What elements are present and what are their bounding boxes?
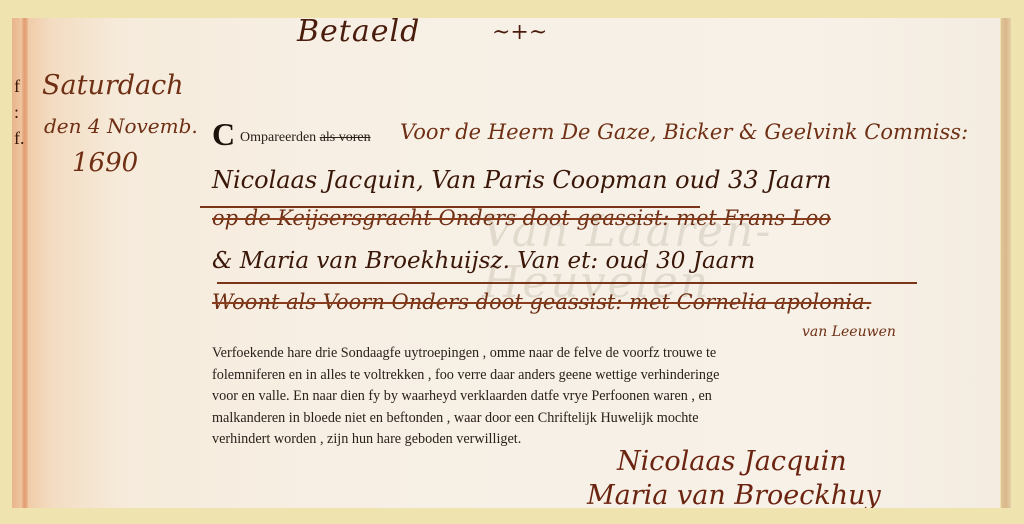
handwritten-line-1: Voor de Heern De Gaze, Bicker & Geelvink…	[400, 120, 968, 144]
divider-rule	[217, 282, 917, 284]
handwritten-line-2: Nicolaas Jacquin, Van Paris Coopman oud …	[212, 166, 831, 194]
signature-groom: Nicolaas Jacquin	[617, 446, 847, 477]
left-edge-marks: f : f.	[14, 73, 25, 151]
header-mark: ~+~	[492, 20, 547, 45]
printed-line: folemniferen en in alles te voltrekken ,…	[212, 365, 782, 387]
printed-initial: C	[212, 116, 235, 153]
margin-day: Saturdach	[42, 70, 184, 101]
document-page: Van Laaren-Heuvelen Betaeld ~+~ f : f. S…	[12, 18, 1000, 508]
printed-struck-text: als voren	[320, 130, 371, 145]
printed-line: malkanderen in bloede niet en beftonden …	[212, 408, 782, 430]
signature-bride: Maria van Broeckhuy	[587, 480, 881, 508]
printed-line: Verfoekende hare drie Sondaagfe uytroepi…	[212, 343, 782, 365]
handwritten-addition: van Leeuwen	[802, 324, 896, 340]
header-word: Betaeld	[297, 18, 420, 49]
handwritten-line-4: & Maria van Broekhuijsz. Van et: oud 30 …	[212, 248, 755, 274]
printed-start-word: Ompareerden	[240, 130, 316, 145]
printed-body: Verfoekende hare drie Sondaagfe uytroepi…	[212, 343, 782, 451]
printed-start: Ompareerden als voren	[240, 130, 371, 146]
margin-date: den 4 Novemb.	[44, 114, 198, 138]
margin-year: 1690	[72, 148, 138, 178]
handwritten-line-3: op de Keijsersgracht Onders doot geassis…	[212, 206, 831, 230]
printed-line: voor en valle. En naar dien fy by waarhe…	[212, 386, 782, 408]
page-edge	[1001, 18, 1011, 508]
handwritten-line-5: Woont als Voorn Onders doot geassist: me…	[212, 290, 871, 314]
